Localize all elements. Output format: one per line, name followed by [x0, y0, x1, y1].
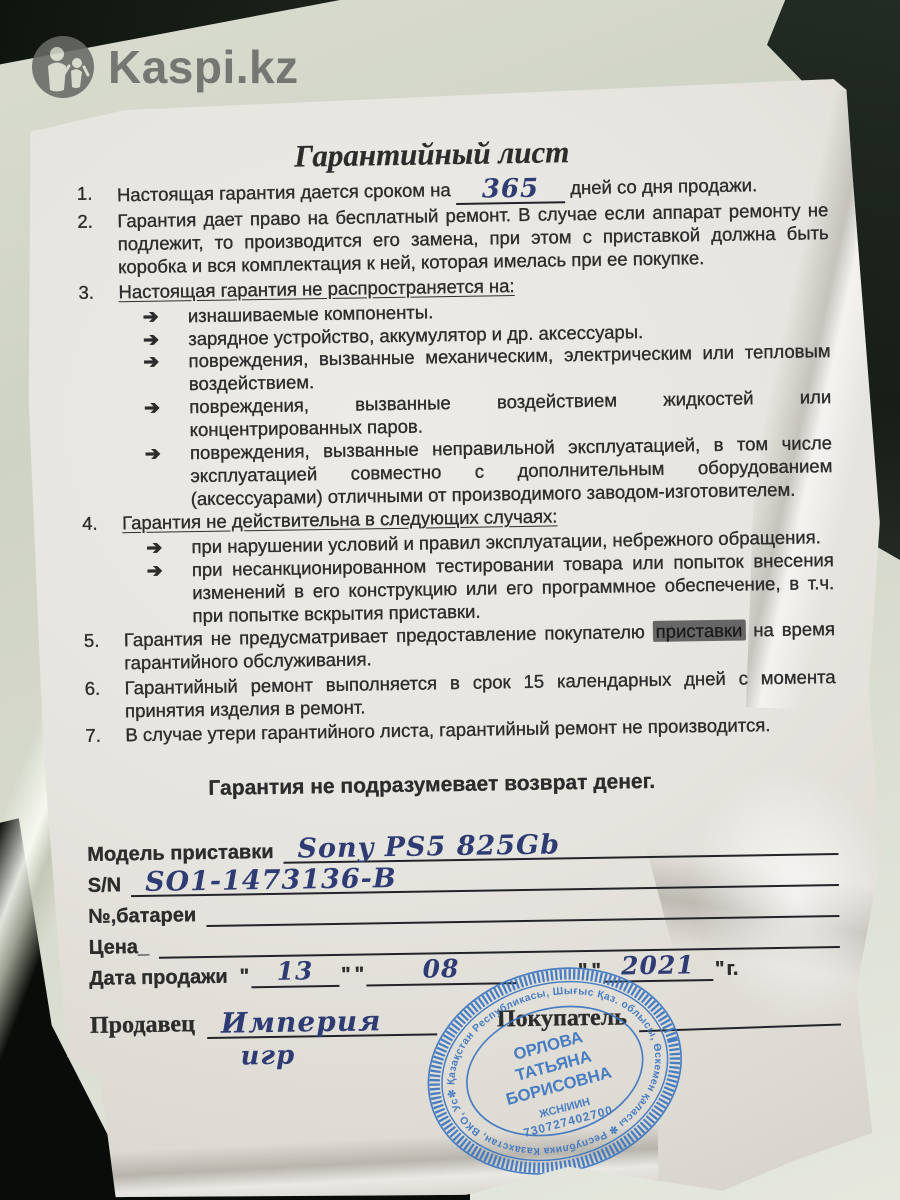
date-label: Дата продажи	[89, 964, 238, 991]
bullet-text: при несанкционированном тестировании тов…	[192, 549, 835, 628]
arrow-bullet-icon: ➔	[144, 397, 190, 444]
no-refund-notice: Гарантия не подразумевает возврат денег.	[86, 767, 777, 804]
kaspi-logo-icon	[32, 36, 94, 98]
handwritten-seller-name: Империя	[221, 1004, 382, 1041]
clause-1-pre: Настоящая гарантия дается сроком на	[117, 179, 451, 205]
arrow-bullet-icon: ➔	[146, 536, 191, 560]
clause-number: 4.	[82, 512, 122, 536]
document-title: Гарантийный лист	[76, 130, 788, 180]
arrow-bullet-icon: ➔	[143, 351, 189, 398]
quote-mark: "	[237, 964, 251, 989]
kaspi-watermark: Kaspi.kz	[32, 36, 299, 98]
clause-number: 2.	[77, 210, 118, 279]
kaspi-brand-text: Kaspi.kz	[108, 40, 299, 94]
clause-number: 3.	[78, 281, 118, 305]
date-suffix: г.	[726, 956, 738, 981]
quote-mark: "	[713, 956, 727, 981]
warranty-sheet: Гарантийный лист 1. Настоящая гарантия д…	[21, 78, 893, 1200]
bullet-text: повреждения, вызванные неправильной эксп…	[190, 432, 833, 511]
clause-1-post: дней со дня продажи.	[570, 175, 757, 199]
bullet-item: ➔ при несанкционированном тестировании т…	[147, 549, 835, 629]
arrow-bullet-icon: ➔	[147, 559, 193, 629]
arrow-bullet-icon: ➔	[143, 328, 188, 352]
bullet-item: ➔ повреждения, вызванные неправильной эк…	[145, 432, 833, 512]
clause-number: 1.	[77, 183, 117, 209]
price-label: Цена_	[89, 934, 160, 960]
clause-number: 6.	[85, 677, 126, 723]
seller-label: Продавец	[90, 1010, 207, 1042]
clause-number: 7.	[85, 725, 125, 749]
quote-mark: "	[352, 962, 366, 987]
clause-2: 2. Гарантия дает право на бесплатный рем…	[77, 199, 829, 280]
handwritten-warranty-days: 365	[456, 178, 566, 205]
seller-stamp: ✻ Қазақстан Республикасы, Шығыс Қаз. обл…	[423, 961, 686, 1180]
arrow-bullet-icon: ➔	[145, 442, 191, 512]
clause-3-bullets: ➔ изнашиваемые компоненты. ➔ зарядное ус…	[79, 295, 833, 513]
arrow-bullet-icon: ➔	[143, 305, 188, 329]
quote-mark: "	[339, 962, 353, 987]
serial-label: S/N	[88, 873, 132, 898]
handwritten-day: 13	[276, 956, 313, 986]
smudged-word: приставки	[653, 619, 746, 641]
clause-text: Гарантия не предусматривает предоставлен…	[124, 618, 836, 675]
clause-text: Гарантийный ремонт выполняется в срок 15…	[125, 666, 837, 723]
seller-field-line: Империя	[207, 998, 438, 1040]
clause-number: 5.	[84, 629, 125, 675]
clause-4-bullets: ➔ при нарушении условий и правил эксплуа…	[82, 526, 834, 630]
date-day-slot: 13	[251, 958, 339, 989]
clause-text: Гарантия дает право на бесплатный ремонт…	[117, 199, 829, 279]
